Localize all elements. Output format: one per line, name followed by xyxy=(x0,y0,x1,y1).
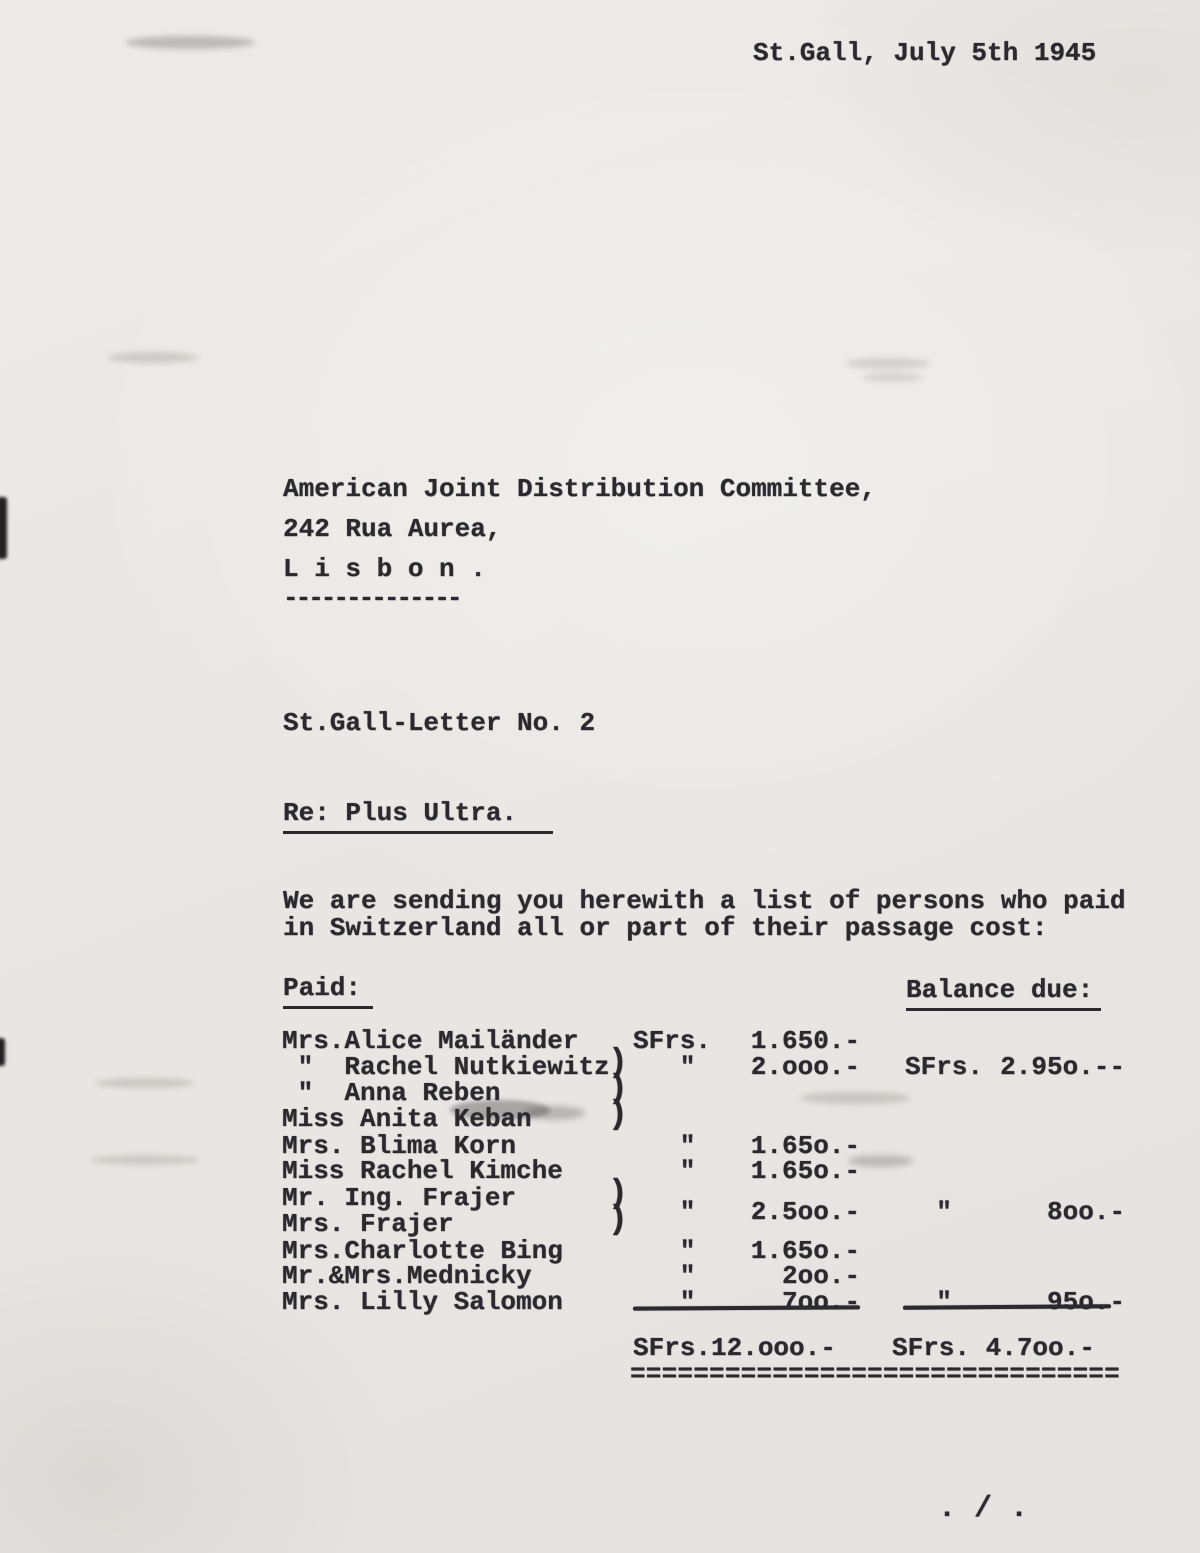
document-page: St.Gall, July 5th 1945 American Joint Di… xyxy=(0,0,1200,1553)
table-row: Miss Rachel Kimche "1.65o.- xyxy=(0,1158,1200,1185)
balance-amount: 95o.- xyxy=(960,1289,1125,1316)
row-currency: " xyxy=(633,1158,695,1185)
dateline: St.Gall, July 5th 1945 xyxy=(753,40,1096,67)
row-amount: 1.650.- xyxy=(690,1028,860,1055)
row-name: Mr.&Mrs.Mednicky xyxy=(282,1263,532,1290)
row-amount: 7oo.- xyxy=(690,1289,860,1316)
row-name: Mrs. Frajer xyxy=(282,1211,454,1238)
table-row: " Rachel Nutkiewitz) "2.ooo.-SFrs.2.95o.… xyxy=(0,1054,1200,1081)
table-row: Mrs.Charlotte Bing "1.65o.- xyxy=(0,1238,1200,1265)
table-row: Mrs. Blima Korn "1.65o.- xyxy=(0,1133,1200,1160)
row-brace: ) xyxy=(608,1101,628,1128)
paid-header: Paid: xyxy=(283,975,373,1009)
balance-total: SFrs. 4.7oo.- xyxy=(892,1335,1095,1362)
address-line-street: 242 Rua Aurea, xyxy=(283,516,501,543)
ink-smudge xyxy=(125,36,255,49)
body-line-1: We are sending you herewith a list of pe… xyxy=(283,888,1126,915)
table-row: Mr.&Mrs.Mednicky "2oo.- xyxy=(0,1263,1200,1290)
continuation-mark: . / . xyxy=(938,1496,1028,1523)
address-line-city: L i s b o n . xyxy=(283,556,486,583)
balance-due-header: Balance due: xyxy=(906,977,1101,1011)
subject-line: Re: Plus Ultra. xyxy=(283,800,553,834)
ink-smudge xyxy=(862,373,922,382)
row-name: Miss Anita Keban xyxy=(282,1106,532,1133)
table-row: Miss Anita Keban) xyxy=(0,1106,1200,1133)
row-name: Mrs.Alice Mailänder xyxy=(282,1028,578,1055)
letter-number: St.Gall-Letter No. 2 xyxy=(283,710,595,737)
double-rule: =============================== xyxy=(630,1361,1120,1388)
table-row: " Anna Reben) xyxy=(0,1080,1200,1107)
row-name: Mr. Ing. Frajer xyxy=(282,1185,516,1212)
row-brace: ) xyxy=(608,1206,628,1233)
row-amount: 2oo.- xyxy=(690,1263,860,1290)
table-row: Mrs. Frajer) xyxy=(0,1211,1200,1238)
table-row: Mr. Ing. Frajer) "2.5oo.- "8oo.- xyxy=(0,1185,1200,1212)
row-name: Miss Rachel Kimche xyxy=(282,1158,563,1185)
separator-dashes: -------------- xyxy=(283,585,459,612)
balance-currency: " xyxy=(905,1289,952,1316)
row-amount: 2.ooo.- xyxy=(690,1054,860,1081)
row-name: " Rachel Nutkiewitz xyxy=(282,1054,610,1081)
ink-smudge xyxy=(108,352,198,363)
paid-total: SFrs.12.ooo.- xyxy=(633,1335,836,1362)
row-name: " Anna Reben xyxy=(282,1080,500,1107)
balance-amount: 2.95o.-- xyxy=(960,1054,1125,1081)
row-currency: " xyxy=(633,1263,695,1290)
table-row: Mrs. Lilly Salomon "7oo.- "95o.- xyxy=(0,1289,1200,1316)
row-name: Mrs. Lilly Salomon xyxy=(282,1289,563,1316)
table-row: Mrs.Alice MailänderSFrs.1.650.- xyxy=(0,1028,1200,1055)
body-line-2: in Switzerland all or part of their pass… xyxy=(283,915,1048,942)
row-currency: " xyxy=(633,1289,695,1316)
address-line-committee: American Joint Distribution Committee, xyxy=(283,476,876,503)
row-amount: 1.65o.- xyxy=(690,1158,860,1185)
edge-mark xyxy=(0,497,7,559)
row-currency: " xyxy=(633,1054,695,1081)
ink-smudge xyxy=(845,358,930,369)
